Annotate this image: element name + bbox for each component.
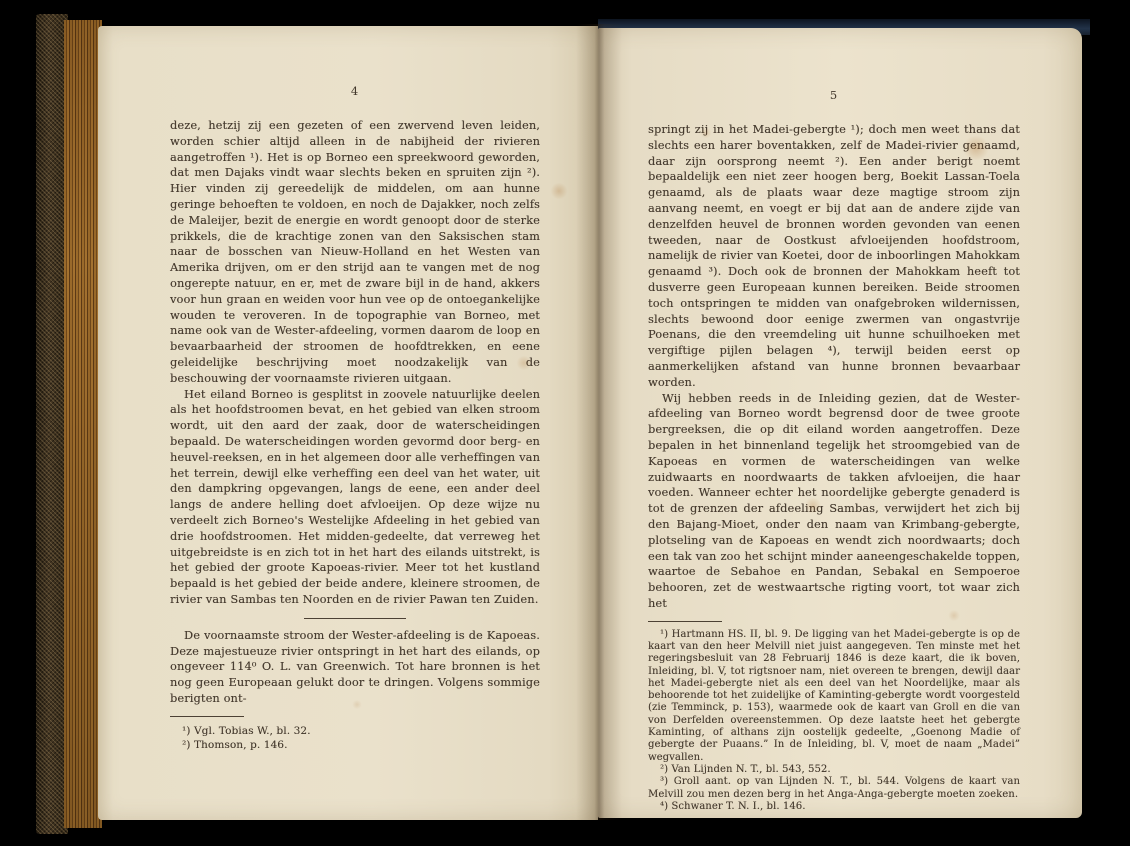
paragraph: Het eiland Borneo is gesplitst in zoovel… [170, 387, 540, 608]
footnote: ¹) Hartmann HS. II, bl. 9. De ligging va… [648, 629, 1020, 764]
page-number-right: 5 [648, 88, 1020, 102]
left-footnotes: ¹) Vgl. Tobias W., bl. 32. ²) Thomson, p… [170, 724, 540, 753]
scanned-book-spread: 4 deze, hetzij zij een gezeten of een zw… [0, 0, 1130, 846]
left-page-text-column: 4 deze, hetzij zij een gezeten of een zw… [170, 84, 540, 753]
footnote: ²) Van Lijnden N. T., bl. 543, 552. [648, 764, 1020, 776]
paragraph: De voornaamste stroom der Wester-afdeeli… [170, 628, 540, 707]
right-footnotes: ¹) Hartmann HS. II, bl. 9. De ligging va… [648, 629, 1020, 813]
paragraph: deze, hetzij zij een gezeten of een zwer… [170, 118, 540, 387]
footnote: ²) Thomson, p. 146. [170, 738, 540, 753]
page-number-left: 4 [170, 84, 540, 98]
footnote-separator-rule [648, 621, 722, 622]
page-edge-stack [64, 20, 102, 828]
footnote: ⁴) Schwaner T. N. I., bl. 146. [648, 801, 1020, 813]
left-page: 4 deze, hetzij zij een gezeten of een zw… [98, 26, 598, 820]
section-divider-rule [304, 618, 406, 619]
right-footnote-block: ¹) Hartmann HS. II, bl. 9. De ligging va… [648, 621, 1020, 813]
left-page-body: deze, hetzij zij een gezeten of een zwer… [170, 118, 540, 707]
right-page-body: springt zij in het Madei-gebergte ¹); do… [648, 122, 1020, 612]
footnote: ¹) Vgl. Tobias W., bl. 32. [170, 724, 540, 739]
footnote-separator-rule [170, 716, 244, 717]
left-footnote-block: ¹) Vgl. Tobias W., bl. 32. ²) Thomson, p… [170, 716, 540, 753]
right-page: 5 springt zij in het Madei-gebergte ¹); … [598, 28, 1082, 818]
paragraph: springt zij in het Madei-gebergte ¹); do… [648, 122, 1020, 391]
paragraph: Wij hebben reeds in de Inleiding gezien,… [648, 391, 1020, 612]
right-page-text-column: 5 springt zij in het Madei-gebergte ¹); … [648, 88, 1020, 813]
footnote: ³) Groll aant. op van Lijnden N. T., bl.… [648, 776, 1020, 801]
